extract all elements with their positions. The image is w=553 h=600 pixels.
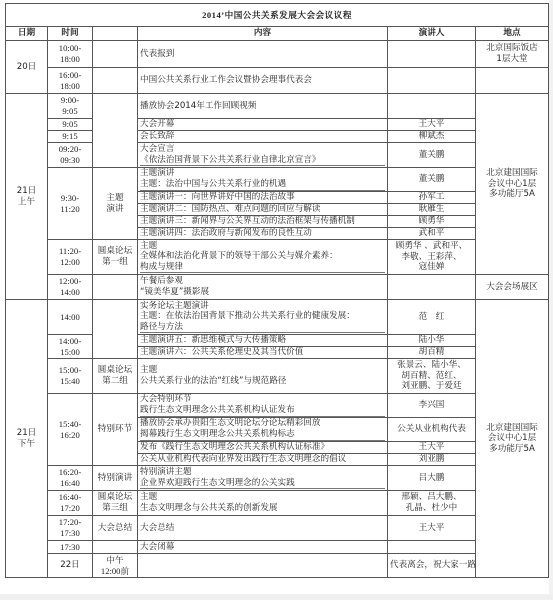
header-speaker: 演讲人: [388, 27, 476, 41]
content-cell: 发布《践行生态文明理念公共关系机构认证标准》: [138, 442, 388, 454]
speaker-cell: 孙军工: [388, 192, 476, 204]
sub-cell: 特别演讲: [93, 466, 138, 491]
venue-cell: 北京建国国际会议中心1层多功能厅5A: [476, 300, 549, 578]
content-cell: 主题全媒体和法治化背景下的领导干部公关与媒介素养：构成与规律: [138, 240, 388, 275]
content-cell: 中国公共关系行业工作会议暨协会理事代表会: [138, 68, 388, 94]
time-cell: 9:30-11:20: [48, 168, 93, 240]
content-cell: 主题演讲六：公共关系伦理史及其当代价值: [138, 347, 388, 359]
sub-cell: 特别环节: [93, 394, 138, 466]
speaker-cell: 邢颖、吕大鹏、孔晶、杜少中: [388, 491, 476, 516]
table-row: 9:05 大会开幕 王大平: [6, 119, 549, 131]
speaker-cell: 范 红: [388, 300, 476, 335]
content-cell: 播放协会承办贵阳生态文明论坛分论坛精彩回放揭幕践行生态文明理念公共关系机构标志: [138, 418, 388, 442]
time-cell: 09:20-09:30: [48, 143, 93, 168]
page-edge: [549, 0, 553, 600]
content-cell: 主题演讲三：新闻界与公关界互动的法治框架与传播机制: [138, 216, 388, 228]
table-row: 11:20-12:00 圆桌论坛第一组 主题全媒体和法治化背景下的领导干部公关与…: [6, 240, 549, 275]
sub-cell: [93, 68, 138, 94]
table-row: 20日 10:00-18:00 代表报到 北京国际饭店1层大堂: [6, 41, 549, 68]
time-cell: 11:20-12:00: [48, 240, 93, 275]
time-cell: 10:00-18:00: [48, 41, 93, 68]
speaker-cell: 柳斌杰: [388, 131, 476, 143]
time-cell: 16:20-16:40: [48, 466, 93, 491]
table-row: 15:40-16:20 特别环节 大会特别环节践行生态文明理念公共关系机构认证发…: [6, 394, 549, 418]
time-cell: 9:05: [48, 119, 93, 131]
content-cell: 会长致辞: [138, 131, 388, 143]
content-cell: 主题演讲二：国防热点、难点问题的回应与解读: [138, 204, 388, 216]
sub-cell: 圆桌论坛第二组: [93, 359, 138, 394]
content-cell: 特别演讲主题企业界欢迎践行生态文明理念的公关实践: [138, 466, 388, 491]
content-cell: 主题公共关系行业的法治“红线”与规范路径: [138, 359, 388, 394]
date-cell: 21日上午: [6, 94, 48, 300]
table-row: 09:20-09:30 大会宣言《依法治国背景下公共关系行业自律北京宣言》 董关…: [6, 143, 549, 168]
time-cell: 14:00-15:00: [48, 335, 93, 359]
speaker-cell: 吕大鹏: [388, 466, 476, 491]
header-sub: [93, 27, 138, 41]
title-row: 2014’中国公共关系发展大会会议议程: [6, 4, 549, 27]
speaker-cell: 董关鹏: [388, 168, 476, 192]
speaker-cell: 李兴国: [388, 394, 476, 418]
table-row: 16:00-18:00 中国公共关系行业工作会议暨协会理事代表会: [6, 68, 549, 94]
time-cell: 17:30: [48, 541, 93, 554]
table-row: 22日 中午12:00前 代表离会，祝大家一路平安！: [6, 554, 549, 578]
content-cell: 代表离会，祝大家一路平安！: [388, 554, 476, 578]
table-row: 17:20-17:30 大会总结 大会总结 王大平: [6, 516, 549, 541]
header-venue: 地点: [476, 27, 549, 41]
date-cell: 21日下午: [6, 300, 48, 578]
content-cell: 主题生态文明理念与公共关系的创新发展: [138, 491, 388, 516]
sub-cell: 圆桌论坛第一组: [93, 240, 138, 275]
table-row: 16:20-16:40 特别演讲 特别演讲主题企业界欢迎践行生态文明理念的公关实…: [6, 466, 549, 491]
speaker-cell: [388, 94, 476, 119]
speaker-cell: 顾勇华 、武和平、李敬、王彩萍、寇佳婵: [388, 240, 476, 275]
sub-cell: [93, 541, 138, 554]
content-cell: 代表报到: [138, 41, 388, 68]
sub-cell: [93, 275, 138, 300]
speaker-cell: 公关从业机构代表: [388, 418, 476, 442]
page-bottom-edge: [0, 594, 553, 600]
content-cell: 主题演讲一：向世界讲好中国的法治故事: [138, 192, 388, 204]
speaker-cell: 王大平: [388, 119, 476, 131]
speaker-cell: [388, 41, 476, 68]
speaker-cell: 王大平: [388, 442, 476, 454]
content-cell: 公关从业机构代表向业界发出践行生态文明理念的倡议: [138, 454, 388, 466]
sub-cell: [138, 554, 388, 578]
speaker-cell: [388, 275, 476, 300]
speaker-cell: 王大平: [388, 516, 476, 541]
speaker-cell: 武和平: [388, 228, 476, 240]
time-cell: 17:20-17:30: [48, 516, 93, 541]
speaker-cell: 董关鹏: [388, 143, 476, 168]
table-row: 21日下午 14:00 实务论坛主题演讲主题：在依法治国背景下推动公共关系行业的…: [6, 300, 549, 335]
time-cell: 16:00-18:00: [48, 68, 93, 94]
time-cell: 中午12:00前: [93, 554, 138, 578]
speaker-cell: 顾勇华: [388, 216, 476, 228]
agenda-table: 2014’中国公共关系发展大会会议议程 日期 时间 内容 演讲人 地点 20日 …: [5, 3, 549, 578]
date-cell: 20日: [6, 41, 48, 94]
content-cell: 大会宣言《依法治国背景下公共关系行业自律北京宣言》: [138, 143, 388, 168]
table-row: 14:00-15:00 主题演讲五：新思维模式与大传播策略 陆小华: [6, 335, 549, 347]
sub-cell: 大会总结: [93, 516, 138, 541]
content-cell: 播放协会2014年工作回顾视频: [138, 94, 388, 119]
content-cell: 实务论坛主题演讲主题：在依法治国背景下推动公共关系行业的健康发展：路径与方法: [138, 300, 388, 335]
time-cell: 9:15: [48, 131, 93, 143]
venue-cell: [476, 68, 549, 94]
time-cell: 16:40-17:20: [48, 491, 93, 516]
header-date: 日期: [6, 27, 48, 41]
venue-cell: 北京建国国际会议中心1层多功能厅5A: [476, 94, 549, 275]
content-cell: 大会特别环节践行生态文明理念公共关系机构认证发布: [138, 394, 388, 418]
page-title: 2014’中国公共关系发展大会会议议程: [6, 4, 549, 27]
time-cell: 9:00-9:05: [48, 94, 93, 119]
header-content: 内容: [138, 27, 388, 41]
content-cell: 大会总结: [138, 516, 388, 541]
venue-cell: 北京国际饭店1层大堂: [476, 41, 549, 68]
time-cell: 12:00-14:00: [48, 275, 93, 300]
sub-cell: [93, 94, 138, 168]
time-cell: 15:40-16:20: [48, 394, 93, 466]
table-row: 15:00-15:40 圆桌论坛第二组 主题公共关系行业的法治“红线”与规范路径…: [6, 359, 549, 394]
speaker-cell: 刘亚鹏: [388, 454, 476, 466]
speaker-cell: 胡百精: [388, 347, 476, 359]
table-row: 9:30-11:20 主题演讲 主题演讲主题：法治中国与公共关系行业的机遇 董关…: [6, 168, 549, 192]
sub-cell: 主题演讲: [93, 168, 138, 240]
speaker-cell: 张景云、陆小华、胡百精、范红、刘亚鹏、于爱廷: [388, 359, 476, 394]
speaker-cell: [388, 541, 476, 554]
table-row: 17:30 大会闭幕: [6, 541, 549, 554]
table-row: 21日上午 9:00-9:05 播放协会2014年工作回顾视频 北京建国国际会议…: [6, 94, 549, 119]
content-cell: 大会闭幕: [138, 541, 388, 554]
sub-cell: 圆桌论坛第三组: [93, 491, 138, 516]
table-row: 16:40-17:20 圆桌论坛第三组 主题生态文明理念与公共关系的创新发展 邢…: [6, 491, 549, 516]
header-row: 日期 时间 内容 演讲人 地点: [6, 27, 549, 41]
content-cell: 主题演讲主题：法治中国与公共关系行业的机遇: [138, 168, 388, 192]
content-cell: 主题演讲五：新思维模式与大传播策略: [138, 335, 388, 347]
venue-cell: 大会会场展区: [476, 275, 549, 300]
agenda-sheet: 2014’中国公共关系发展大会会议议程 日期 时间 内容 演讲人 地点 20日 …: [5, 3, 548, 592]
date-cell: 22日: [48, 554, 93, 578]
speaker-cell: 陆小华: [388, 335, 476, 347]
time-cell: 14:00: [48, 300, 93, 335]
speaker-cell: 耿雁生: [388, 204, 476, 216]
sub-cell: [93, 300, 138, 359]
sub-cell: [93, 41, 138, 68]
time-cell: 15:00-15:40: [48, 359, 93, 394]
speaker-cell: [388, 68, 476, 94]
content-cell: 主题演讲四：法治政府与新闻发布的良性互动: [138, 228, 388, 240]
table-row: 12:00-14:00 午餐后参观“镜美华夏”摄影展 大会会场展区: [6, 275, 549, 300]
table-row: 9:15 会长致辞 柳斌杰: [6, 131, 549, 143]
header-time: 时间: [48, 27, 93, 41]
content-cell: 午餐后参观“镜美华夏”摄影展: [138, 275, 388, 300]
content-cell: 大会开幕: [138, 119, 388, 131]
